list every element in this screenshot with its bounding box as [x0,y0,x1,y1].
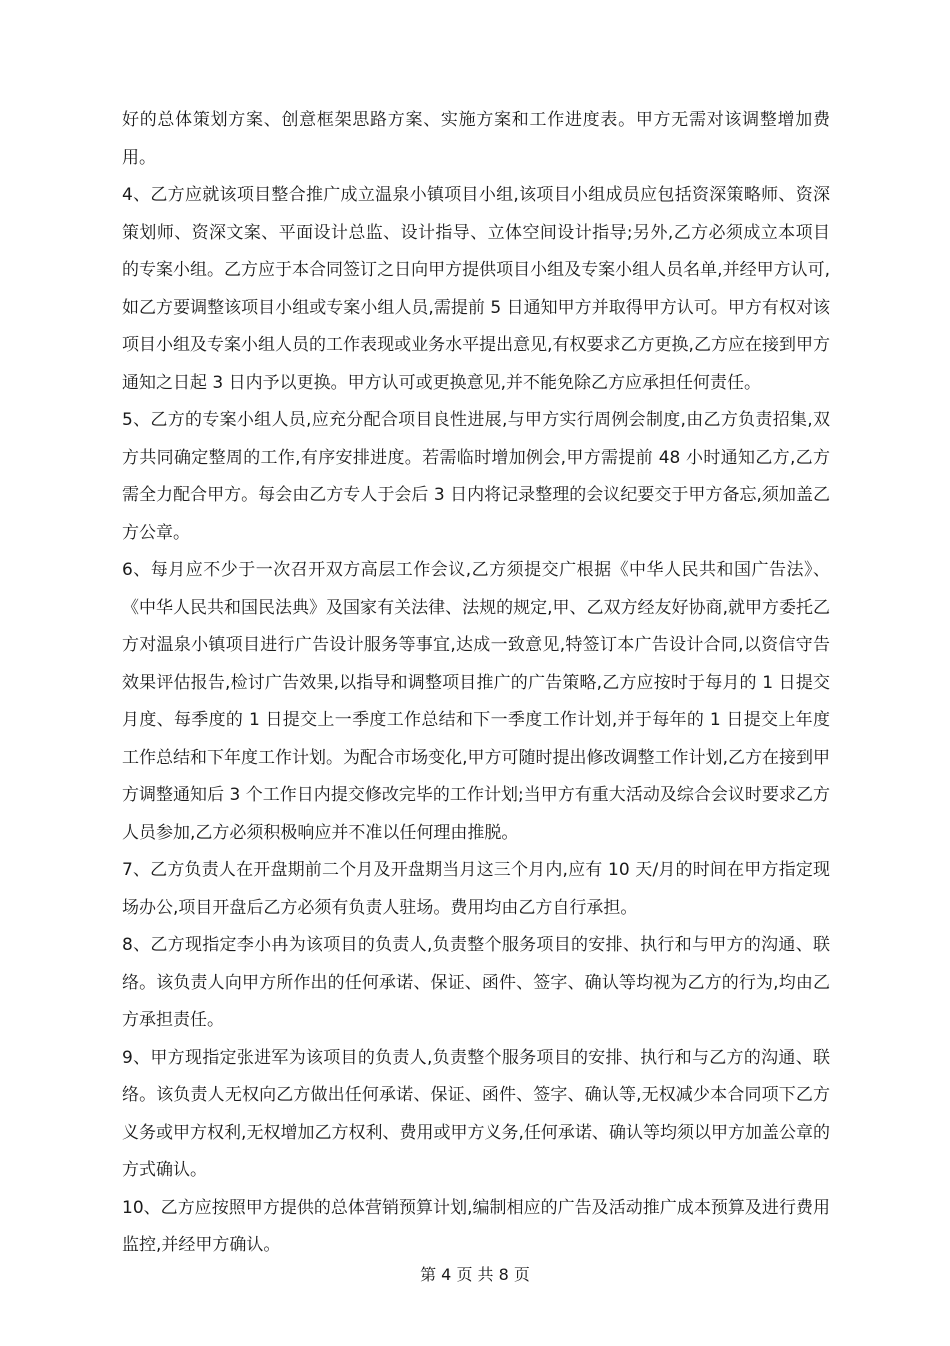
document-body: 好的总体策划方案、创意框架思路方案、实施方案和工作进度表。甲方无需对该调整增加费… [122,102,830,1265]
page-number-footer: 第 4 页 共 8 页 [0,1264,950,1286]
contract-clause-8: 8、乙方现指定李小冉为该项目的负责人,负责整个服务项目的安排、执行和与甲方的沟通… [122,927,830,1040]
contract-clause-5: 5、乙方的专案小组人员,应充分配合项目良性进展,与甲方实行周例会制度,由乙方负责… [122,402,830,552]
contract-clause-9: 9、甲方现指定张进军为该项目的负责人,负责整个服务项目的安排、执行和与乙方的沟通… [122,1040,830,1190]
contract-clause-6: 6、每月应不少于一次召开双方高层工作会议,乙方须提交广根据《中华人民共和国广告法… [122,552,830,852]
contract-clause-7: 7、乙方负责人在开盘期前二个月及开盘期当月这三个月内,应有 10 天/月的时间在… [122,852,830,927]
document-page: 好的总体策划方案、创意框架思路方案、实施方案和工作进度表。甲方无需对该调整增加费… [0,0,950,1346]
contract-clause-10: 10、乙方应按照甲方提供的总体营销预算计划,编制相应的广告及活动推广成本预算及进… [122,1190,830,1265]
contract-clause-4: 4、乙方应就该项目整合推广成立温泉小镇项目小组,该项目小组成员应包括资深策略师、… [122,177,830,402]
contract-clause-3-continuation: 好的总体策划方案、创意框架思路方案、实施方案和工作进度表。甲方无需对该调整增加费… [122,102,830,177]
